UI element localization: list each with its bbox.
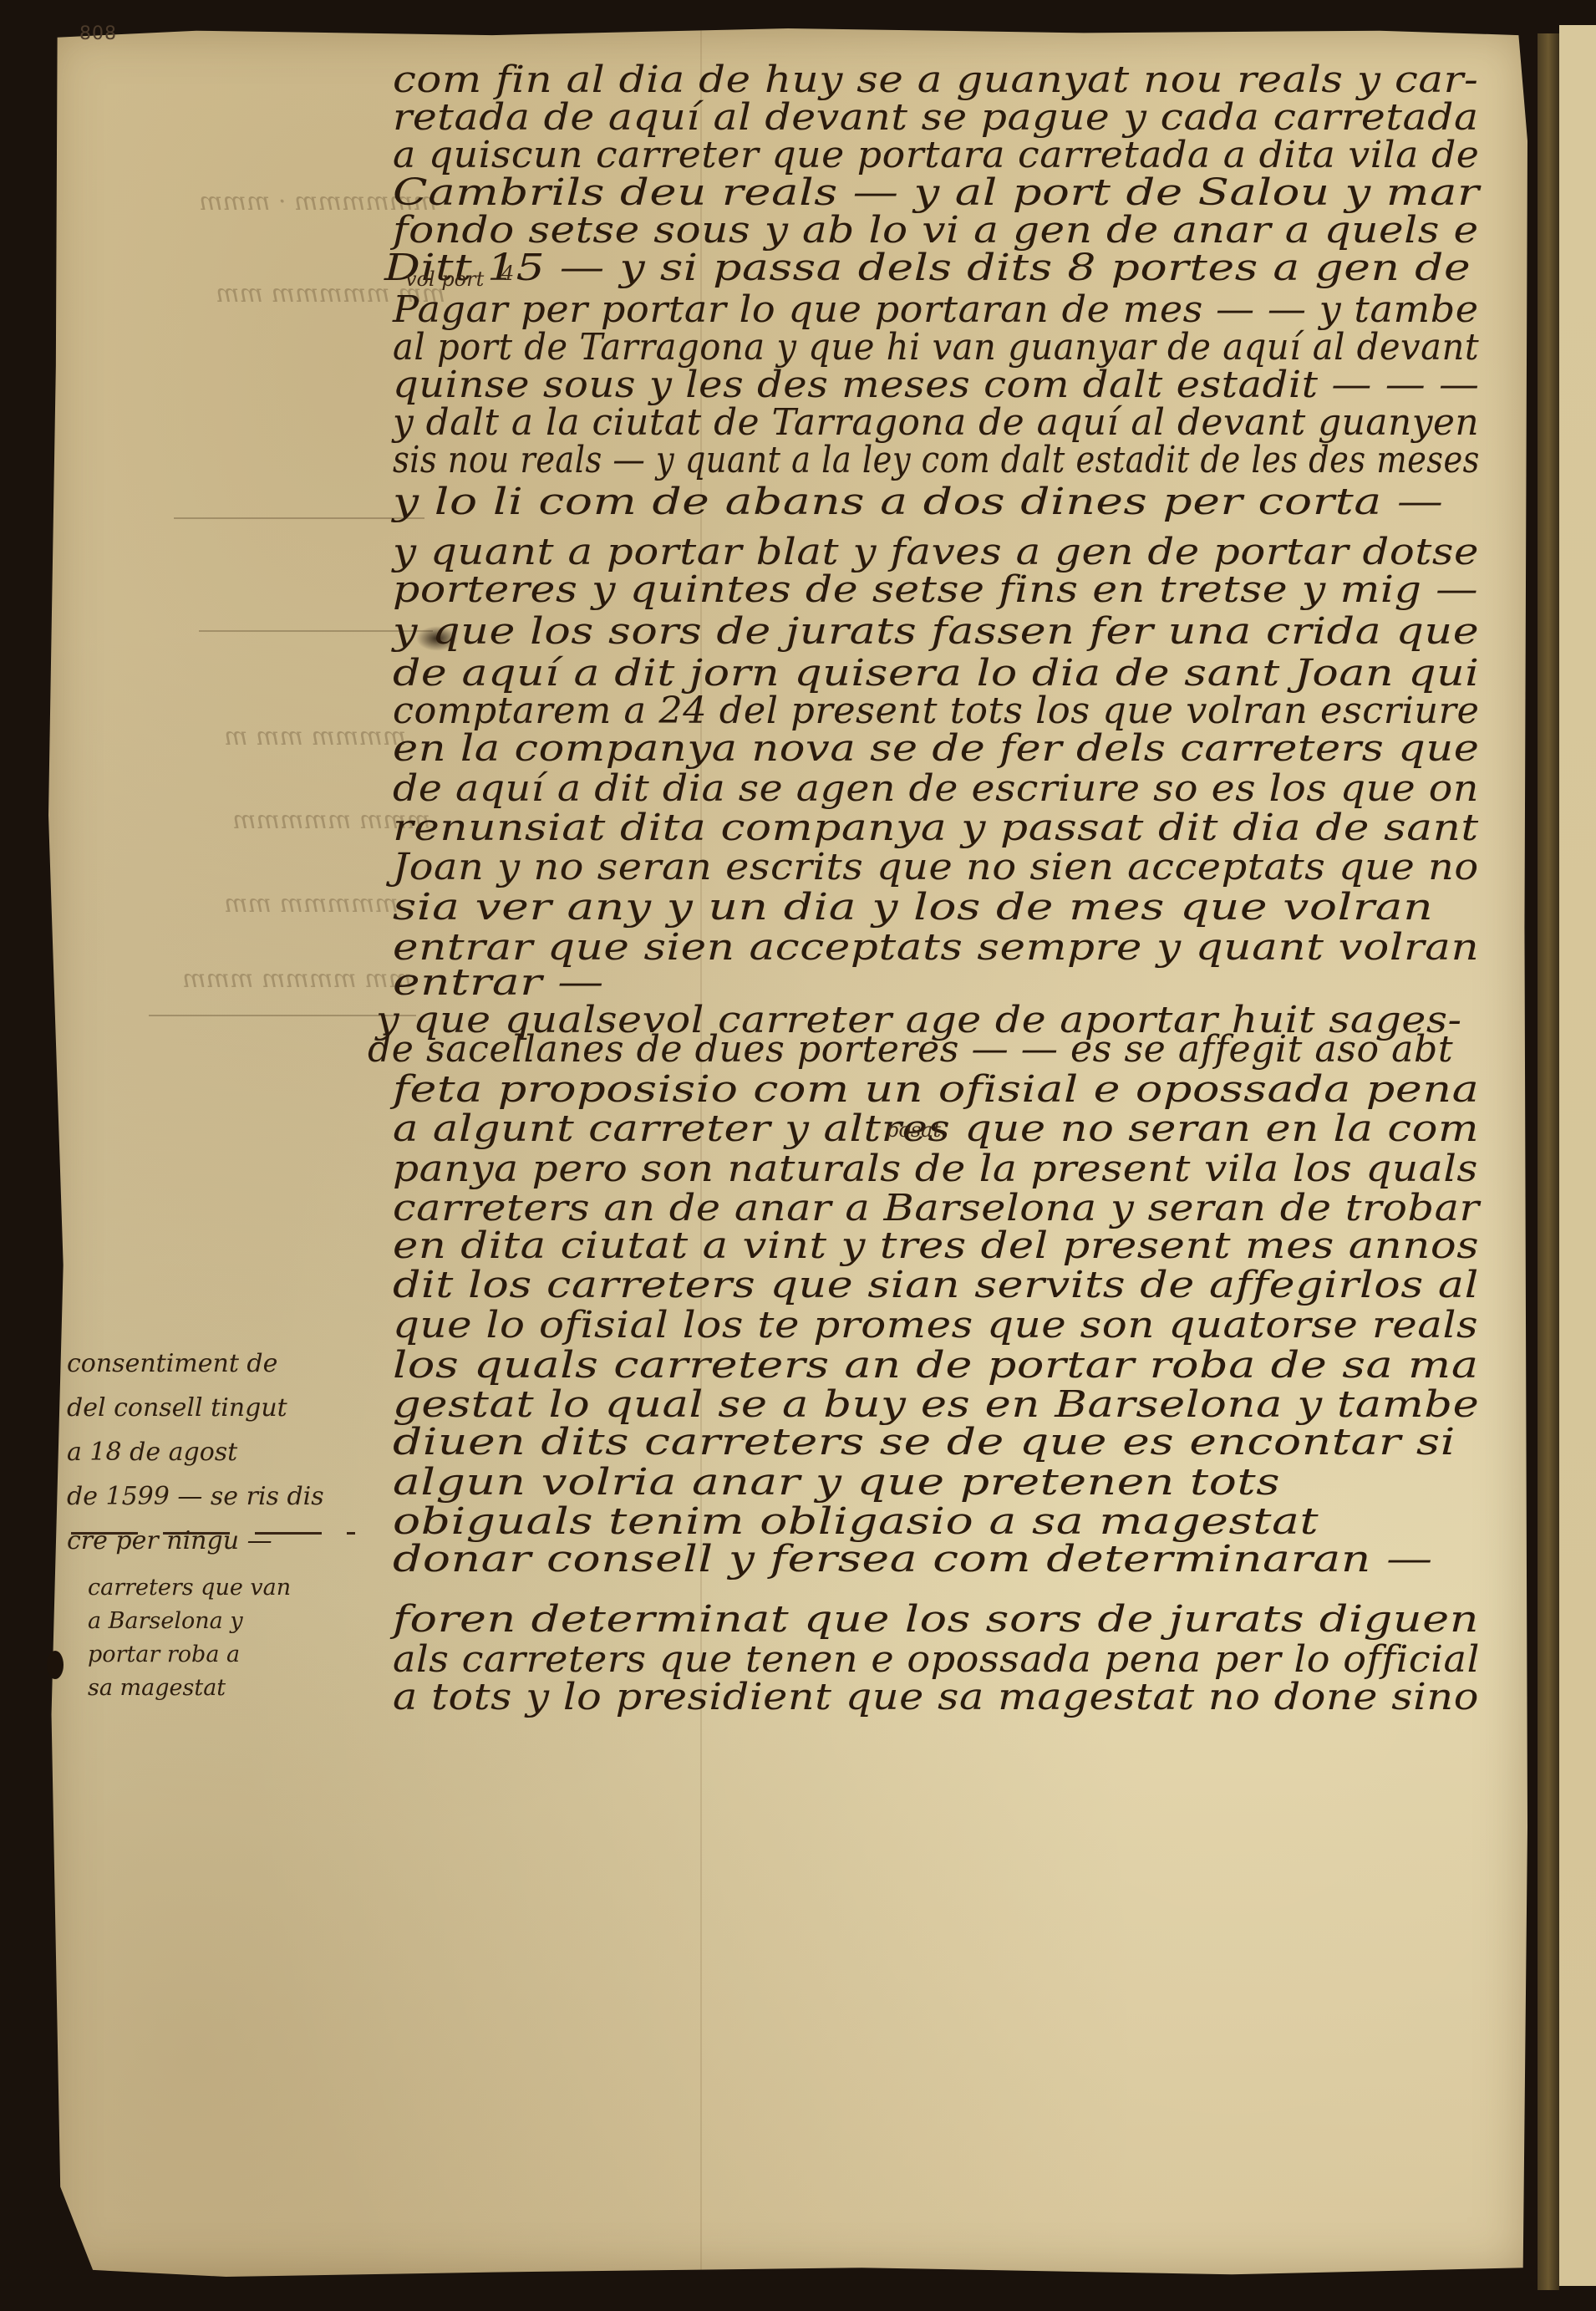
manuscript-line: de aquí a dit dia se agen de escriure so…: [393, 767, 1479, 810]
manuscript-line: com fin al dia de huy se a guanyat nou r…: [393, 59, 1478, 101]
margin-note-line: consentiment de: [67, 1341, 324, 1386]
manuscript-line: feta proposisio com un ofisial e opossad…: [393, 1068, 1479, 1111]
manuscript-line: que lo ofisial los te promes que son qua…: [393, 1304, 1478, 1346]
manuscript-line: carreters an de anar a Barselona y seran…: [393, 1187, 1480, 1229]
bleed-through-text: mmmm mm m: [224, 722, 406, 751]
bleed-through-text: mm mmmm mmm: [182, 965, 412, 994]
manuscript-line: Cambrils deu reals — y al port de Salou …: [393, 171, 1480, 214]
interlinear-note: 4: [501, 262, 514, 285]
manuscript-line: algun volria anar y que pretenen tots: [393, 1461, 1280, 1504]
manuscript-line: entrar —: [393, 961, 604, 1004]
folio-number: 808: [79, 23, 117, 44]
manuscript-line: y lo li com de abans a dos dines per cor…: [393, 481, 1444, 523]
manuscript-line: de sacellanes de dues porteres — — es se…: [368, 1028, 1453, 1071]
manuscript-line: en la companya nova se de fer dels carre…: [393, 727, 1480, 770]
margin-note-line: cre per ningu —: [67, 1519, 324, 1563]
interlinear-note: posat: [886, 1118, 941, 1142]
margin-note-line: de 1599 — se ris dis: [67, 1474, 324, 1519]
manuscript-line: foren determinat que los sors de jurats …: [393, 1598, 1479, 1641]
manuscript-line: dit los carreters que sian servits de af…: [393, 1264, 1479, 1306]
manuscript-line: Joan y no seran escrits que no sien acce…: [393, 846, 1479, 888]
bleed-through-text: mmmmm mm: [224, 889, 399, 919]
margin-note-line: a Barselona y: [88, 1605, 291, 1638]
manuscript-line: renunsiat dita companya y passat dit dia…: [393, 807, 1479, 849]
manuscript-line: donar consell y fersea com determinaran …: [393, 1538, 1433, 1581]
manuscript-line: y que los sors de jurats fassen fer una …: [393, 610, 1479, 653]
margin-note-line: del consell tingut: [67, 1386, 324, 1430]
manuscript-line: los quals carreters an de portar roba de…: [393, 1344, 1479, 1387]
manuscript-line: Ditt 15 — y si passa dels dits 8 portes …: [384, 247, 1471, 289]
facing-page-edge: [1559, 25, 1596, 2286]
manuscript-line: sia ver any y un dia y los de mes que vo…: [393, 886, 1433, 929]
margin-note-line: carreters que van: [88, 1571, 291, 1605]
manuscript-line: gestat lo qual se a buy es en Barselona …: [393, 1383, 1479, 1426]
manuscript-line: y dalt a la ciutat de Tarragona de aquí …: [393, 401, 1479, 444]
manuscript-line: al port de Tarragona y que hi van guanya…: [393, 326, 1479, 369]
book-gutter: [1538, 33, 1559, 2290]
manuscript-line: comptarem a 24 del present tots los que …: [393, 690, 1479, 732]
margin-note-line: portar roba a: [88, 1638, 291, 1672]
ink-blot: [47, 1651, 64, 1679]
manuscript-line: diuen dits carreters se de que es encont…: [393, 1421, 1456, 1463]
interlinear-note: vol port: [405, 267, 484, 291]
manuscript-line: de aquí a dit jorn quisera lo dia de san…: [393, 652, 1480, 695]
manuscript-line: a quiscun carreter que portara carretada…: [393, 134, 1479, 176]
manuscript-line: Pagar per portar lo que portaran de mes …: [393, 288, 1479, 331]
margin-note-council-consent: consentiment de del consell tingut a 18 …: [67, 1341, 324, 1563]
manuscript-line: y quant a portar blat y faves a gen de p…: [393, 531, 1479, 573]
margin-note-line: a 18 de agost: [67, 1430, 324, 1474]
bleed-through-rule: [174, 517, 424, 519]
manuscript-line: als carreters que tenen e opossada pena …: [393, 1638, 1480, 1681]
manuscript-line: porteres y quintes de setse fins en tret…: [393, 568, 1478, 611]
manuscript-line: fondo setse sous y ab lo vi a gen de ana…: [393, 209, 1479, 252]
manuscript-line: obiguals tenim obligasio a sa magestat: [393, 1500, 1319, 1543]
manuscript-line: sis nou reals — y quant a la ley com dal…: [393, 439, 1480, 481]
manuscript-line: panya pero son naturals de la present vi…: [393, 1148, 1478, 1190]
manuscript-line: en dita ciutat a vint y tres del present…: [393, 1224, 1479, 1267]
manuscript-line: retada de aquí al devant se pague y cada…: [393, 96, 1479, 139]
margin-note-line: sa magestat: [88, 1672, 291, 1705]
manuscript-line: a tots y lo presidient que sa magestat n…: [393, 1676, 1479, 1718]
manuscript-line: quinse sous y les des meses com dalt est…: [393, 364, 1480, 406]
margin-note-carters-barcelona: carreters que van a Barselona y portar r…: [88, 1571, 291, 1705]
